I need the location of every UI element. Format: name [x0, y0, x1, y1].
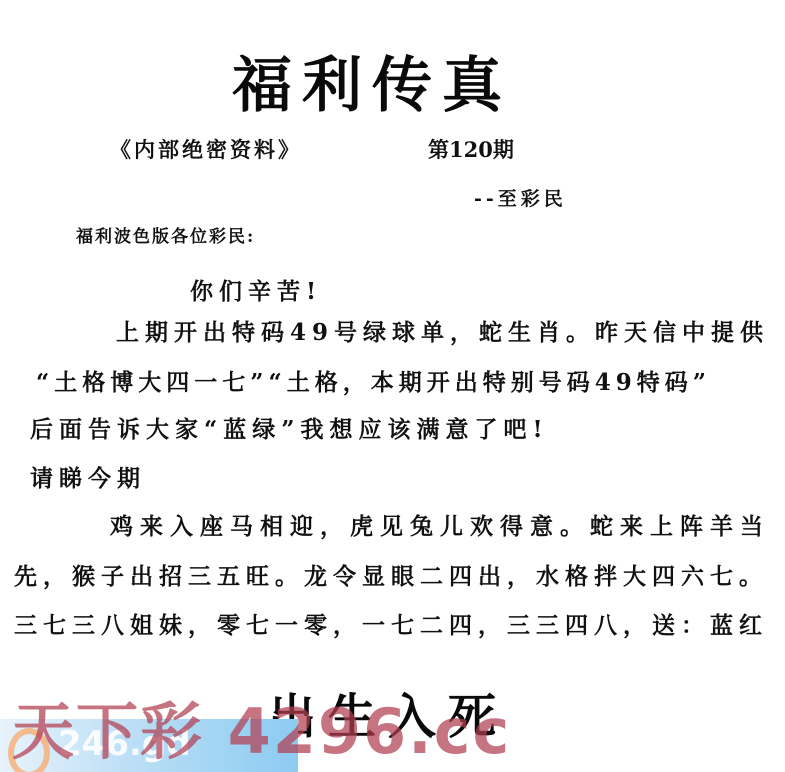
body-line: 你们辛苦! — [190, 273, 322, 306]
document-title: 福利传真 — [232, 38, 512, 124]
document-subtitle: 《内部绝密资料》 — [110, 134, 302, 164]
watermark-main: 天下彩 4296.cc — [12, 682, 511, 771]
body-line: “土格博大四一七”“土格，本期开出特别号码49特码” — [36, 364, 711, 397]
greeting: 福利波色版各位彩民: — [76, 222, 255, 247]
body-line: 鸡来入座马相迎，虎见兔儿欢得意。蛇来上阵羊当 — [110, 508, 770, 541]
body-line: 后面告诉大家“蓝绿”我想应该满意了吧! — [30, 411, 549, 444]
body-line: 三七三八姐妹，零七一零，一七二四，三三四八，送：蓝红 — [14, 607, 768, 640]
body-line: 上期开出特码49号绿球单，蛇生肖。昨天信中提供 — [116, 314, 769, 347]
signature: --至彩民 — [474, 184, 567, 211]
body-line: 请睇今期 — [30, 460, 146, 493]
issue-number: 第120期 — [428, 134, 514, 164]
body-line: 先，猴子出招三五旺。龙令显眼二四出，水格拌大四六七。 — [14, 558, 768, 591]
